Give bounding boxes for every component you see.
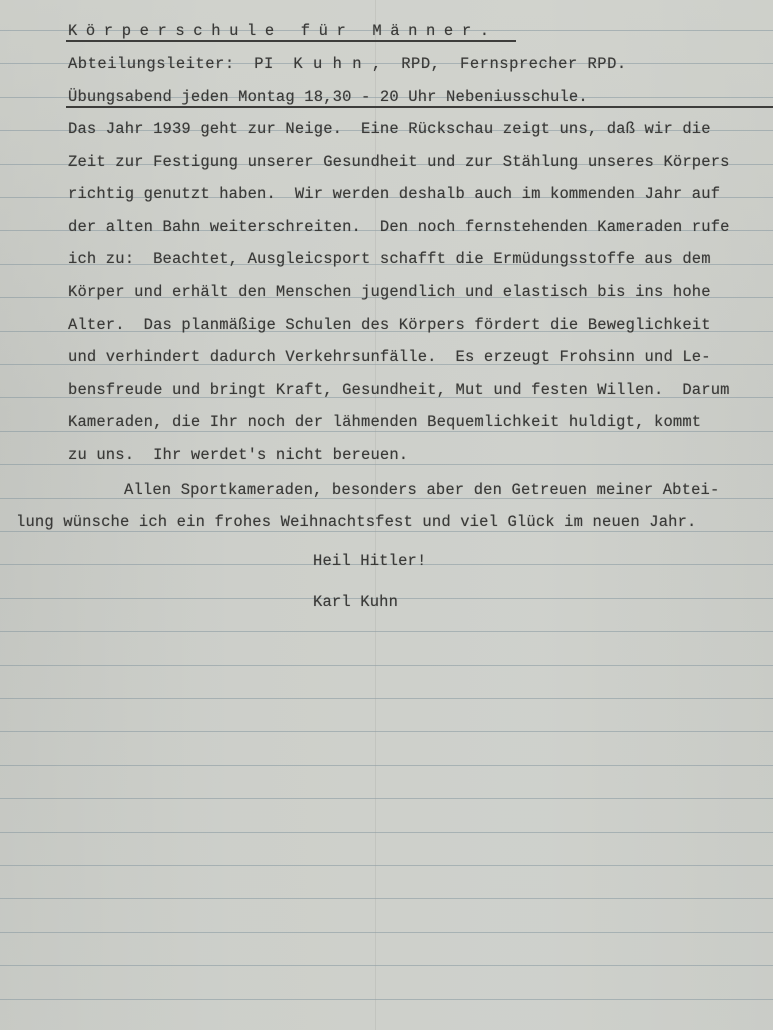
greeting-line-2: lung wünsche ich ein frohes Weihnachtsfe… <box>16 512 697 532</box>
body-line: bensfreude und bringt Kraft, Gesundheit,… <box>68 380 730 400</box>
body-line: Zeit zur Festigung unserer Gesundheit un… <box>68 152 730 172</box>
body-line: der alten Bahn weiterschreiten. Den noch… <box>68 217 730 237</box>
body-line: ich zu: Beachtet, Ausgleicsport schafft … <box>68 249 711 269</box>
department-head-line: Abteilungsleiter: PI K u h n , RPD, Fern… <box>68 54 627 74</box>
closing-salutation: Heil Hitler! <box>313 551 426 571</box>
ruled-line <box>0 665 773 666</box>
document-title: Körperschule für Männer. <box>68 21 498 41</box>
body-line: Alter. Das planmäßige Schulen des Körper… <box>68 315 711 335</box>
body-line: und verhindert dadurch Verkehrsunfälle. … <box>68 347 711 367</box>
signature: Karl Kuhn <box>313 592 398 612</box>
title-underline <box>66 40 516 42</box>
ruled-line <box>0 765 773 766</box>
ruled-line <box>0 798 773 799</box>
ruled-line <box>0 698 773 699</box>
body-line: zu uns. Ihr werdet's nicht bereuen. <box>68 445 408 465</box>
ruled-line <box>0 865 773 866</box>
greeting-line-1: Allen Sportkameraden, besonders aber den… <box>124 480 719 500</box>
ruled-line <box>0 932 773 933</box>
schedule-line: Übungsabend jeden Montag 18,30 - 20 Uhr … <box>68 87 588 107</box>
ruled-line <box>0 731 773 732</box>
schedule-underline <box>66 106 773 108</box>
paper-sheet: Körperschule für Männer. Abteilungsleite… <box>0 0 773 1030</box>
ruled-line <box>0 832 773 833</box>
body-line: Das Jahr 1939 geht zur Neige. Eine Rücks… <box>68 119 711 139</box>
body-line: Körper und erhält den Menschen jugendlic… <box>68 282 711 302</box>
ruled-line <box>0 999 773 1000</box>
ruled-line <box>0 631 773 632</box>
ruled-line <box>0 898 773 899</box>
ruled-line <box>0 965 773 966</box>
body-line: richtig genutzt haben. Wir werden deshal… <box>68 184 720 204</box>
body-line: Kameraden, die Ihr noch der lähmenden Be… <box>68 412 701 432</box>
